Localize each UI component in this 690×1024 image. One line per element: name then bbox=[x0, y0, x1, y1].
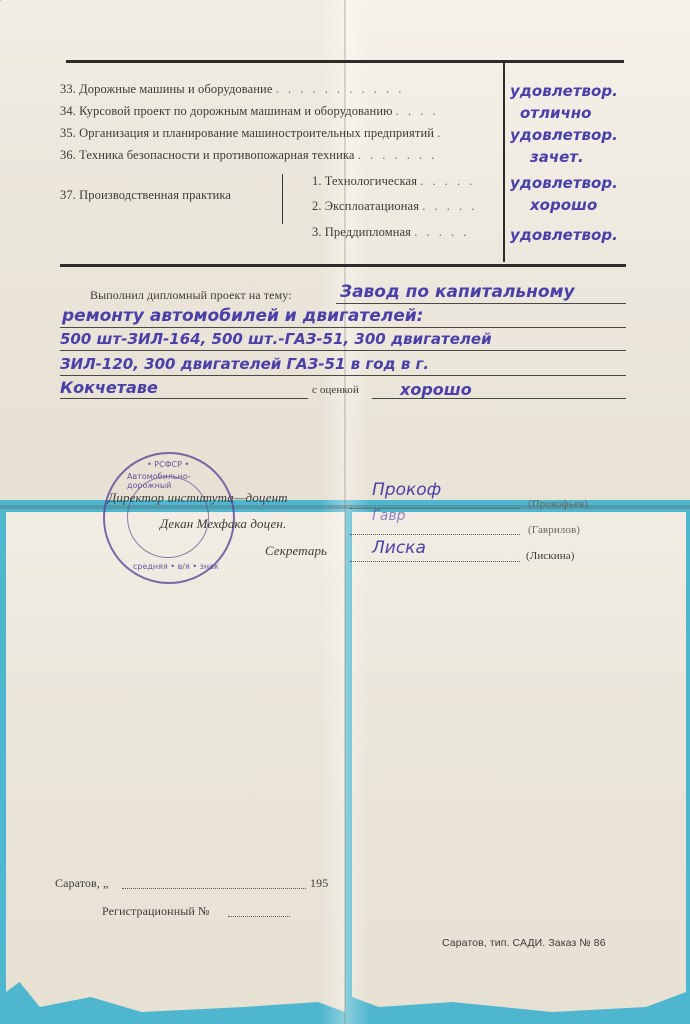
subject-num: 35. bbox=[60, 126, 76, 140]
topic-underline-1 bbox=[336, 303, 626, 304]
table-grade-column-line bbox=[503, 62, 505, 262]
topic-underline-3 bbox=[60, 350, 626, 351]
grade-practice-3: удовлетвор. bbox=[510, 226, 618, 244]
secretary-label: Секретарь bbox=[265, 543, 327, 559]
practice-item-label: 3. Преддипломная bbox=[312, 225, 411, 239]
diploma-grade: хорошо bbox=[400, 380, 472, 399]
practice-row-37: 37. Производственная практика bbox=[60, 188, 231, 203]
subject-name: Курсовой проект по дорожным машинам и об… bbox=[79, 104, 392, 118]
practice-num: 37. bbox=[60, 188, 76, 202]
paper-top-left bbox=[0, 0, 345, 500]
registration-label: Регистрационный № bbox=[102, 904, 210, 919]
city-date-label: Саратов, „ bbox=[55, 876, 108, 891]
topic-underline-5 bbox=[60, 398, 308, 399]
director-label: Директор института—доцент bbox=[108, 490, 288, 506]
paper-top-right bbox=[345, 0, 690, 500]
diploma-topic-line-4: ЗИЛ-120, 300 двигателей ГАЗ-51 в год в г… bbox=[60, 355, 429, 373]
leader-dots: . . . . bbox=[396, 104, 439, 118]
grade-36: зачет. bbox=[530, 148, 584, 166]
grade-label: с оценкой bbox=[312, 384, 359, 396]
director-name: (Прокофьев) bbox=[528, 498, 588, 510]
secretary-name: (Лискина) bbox=[526, 550, 574, 562]
subject-num: 34. bbox=[60, 104, 76, 118]
subject-name: Техника безопасности и противопожарная т… bbox=[79, 148, 354, 162]
diploma-topic-line-3: 500 шт-ЗИЛ-164, 500 шт.-ГАЗ-51, 300 двиг… bbox=[60, 330, 492, 348]
date-line bbox=[122, 888, 306, 889]
grade-35: удовлетвор. bbox=[510, 126, 618, 144]
practice-item-3: 3. Преддипломная . . . . . bbox=[312, 225, 469, 240]
grade-practice-1: удовлетвор. bbox=[510, 174, 618, 192]
subject-num: 36. bbox=[60, 148, 76, 162]
table-bottom-rule bbox=[60, 264, 626, 267]
leader-dots: . . . . . bbox=[422, 199, 477, 213]
dean-label: Декан Мехфака доцен. bbox=[160, 516, 286, 532]
practice-brace bbox=[282, 174, 283, 224]
practice-item-1: 1. Технологическая . . . . . bbox=[312, 174, 475, 189]
subject-row-33: 33. Дорожные машины и оборудование . . .… bbox=[60, 82, 404, 97]
practice-item-2: 2. Эксплоатационая . . . . . bbox=[312, 199, 477, 214]
subject-row-34: 34. Курсовой проект по дорожным машинам … bbox=[60, 104, 439, 119]
printer-imprint: Саратов, тип. САДИ. Заказ № 86 bbox=[442, 937, 606, 949]
table-top-rule bbox=[66, 60, 624, 63]
leader-dots: . bbox=[437, 126, 443, 140]
grade-33: удовлетвор. bbox=[510, 82, 618, 100]
year-prefix: 195 bbox=[310, 876, 328, 891]
diploma-intro-label: Выполнил дипломный проект на тему: bbox=[90, 288, 292, 303]
topic-underline-4 bbox=[60, 375, 626, 376]
diploma-topic-line-1: Завод по капитальному bbox=[340, 282, 575, 302]
diploma-topic-line-2: ремонту автомобилей и двигателей: bbox=[62, 306, 423, 326]
registration-line bbox=[228, 916, 290, 917]
grade-34: отлично bbox=[520, 104, 591, 122]
subject-row-35: 35. Организация и планирование машиностр… bbox=[60, 126, 443, 141]
leader-dots: . . . . . bbox=[414, 225, 469, 239]
leader-dots: . . . . . . . bbox=[358, 148, 438, 162]
secretary-signature-line bbox=[350, 561, 520, 562]
topic-underline-2 bbox=[60, 327, 626, 328]
leader-dots: . . . . . . . . . . . bbox=[276, 82, 405, 96]
dean-signature-line bbox=[350, 534, 520, 535]
grade-practice-2: хорошо bbox=[530, 196, 597, 214]
subject-num: 33. bbox=[60, 82, 76, 96]
subject-row-36: 36. Техника безопасности и противопожарн… bbox=[60, 148, 437, 163]
dean-signature: Гавр bbox=[372, 508, 406, 524]
grade-underline bbox=[372, 398, 626, 399]
practice-name: Производственная практика bbox=[79, 188, 231, 202]
practice-item-label: 1. Технологическая bbox=[312, 174, 417, 188]
practice-item-label: 2. Эксплоатационая bbox=[312, 199, 419, 213]
paper-bottom-left bbox=[6, 512, 345, 1012]
leader-dots: . . . . . bbox=[420, 174, 475, 188]
stamp-top-text: • РСФСР • bbox=[147, 460, 189, 469]
subject-name: Дорожные машины и оборудование bbox=[79, 82, 272, 96]
director-signature: Прокоф bbox=[372, 480, 441, 500]
stamp-bottom-text: средняя • в/я • знак bbox=[133, 562, 219, 571]
diploma-topic-line-5: Кокчетаве bbox=[60, 378, 158, 397]
stamp-ring-text: Автомобильно-дорожный bbox=[127, 472, 233, 490]
subject-name: Организация и планирование машиностроите… bbox=[79, 126, 434, 140]
secretary-signature: Лиска bbox=[372, 538, 426, 558]
dean-name: (Гаврилов) bbox=[528, 524, 580, 536]
